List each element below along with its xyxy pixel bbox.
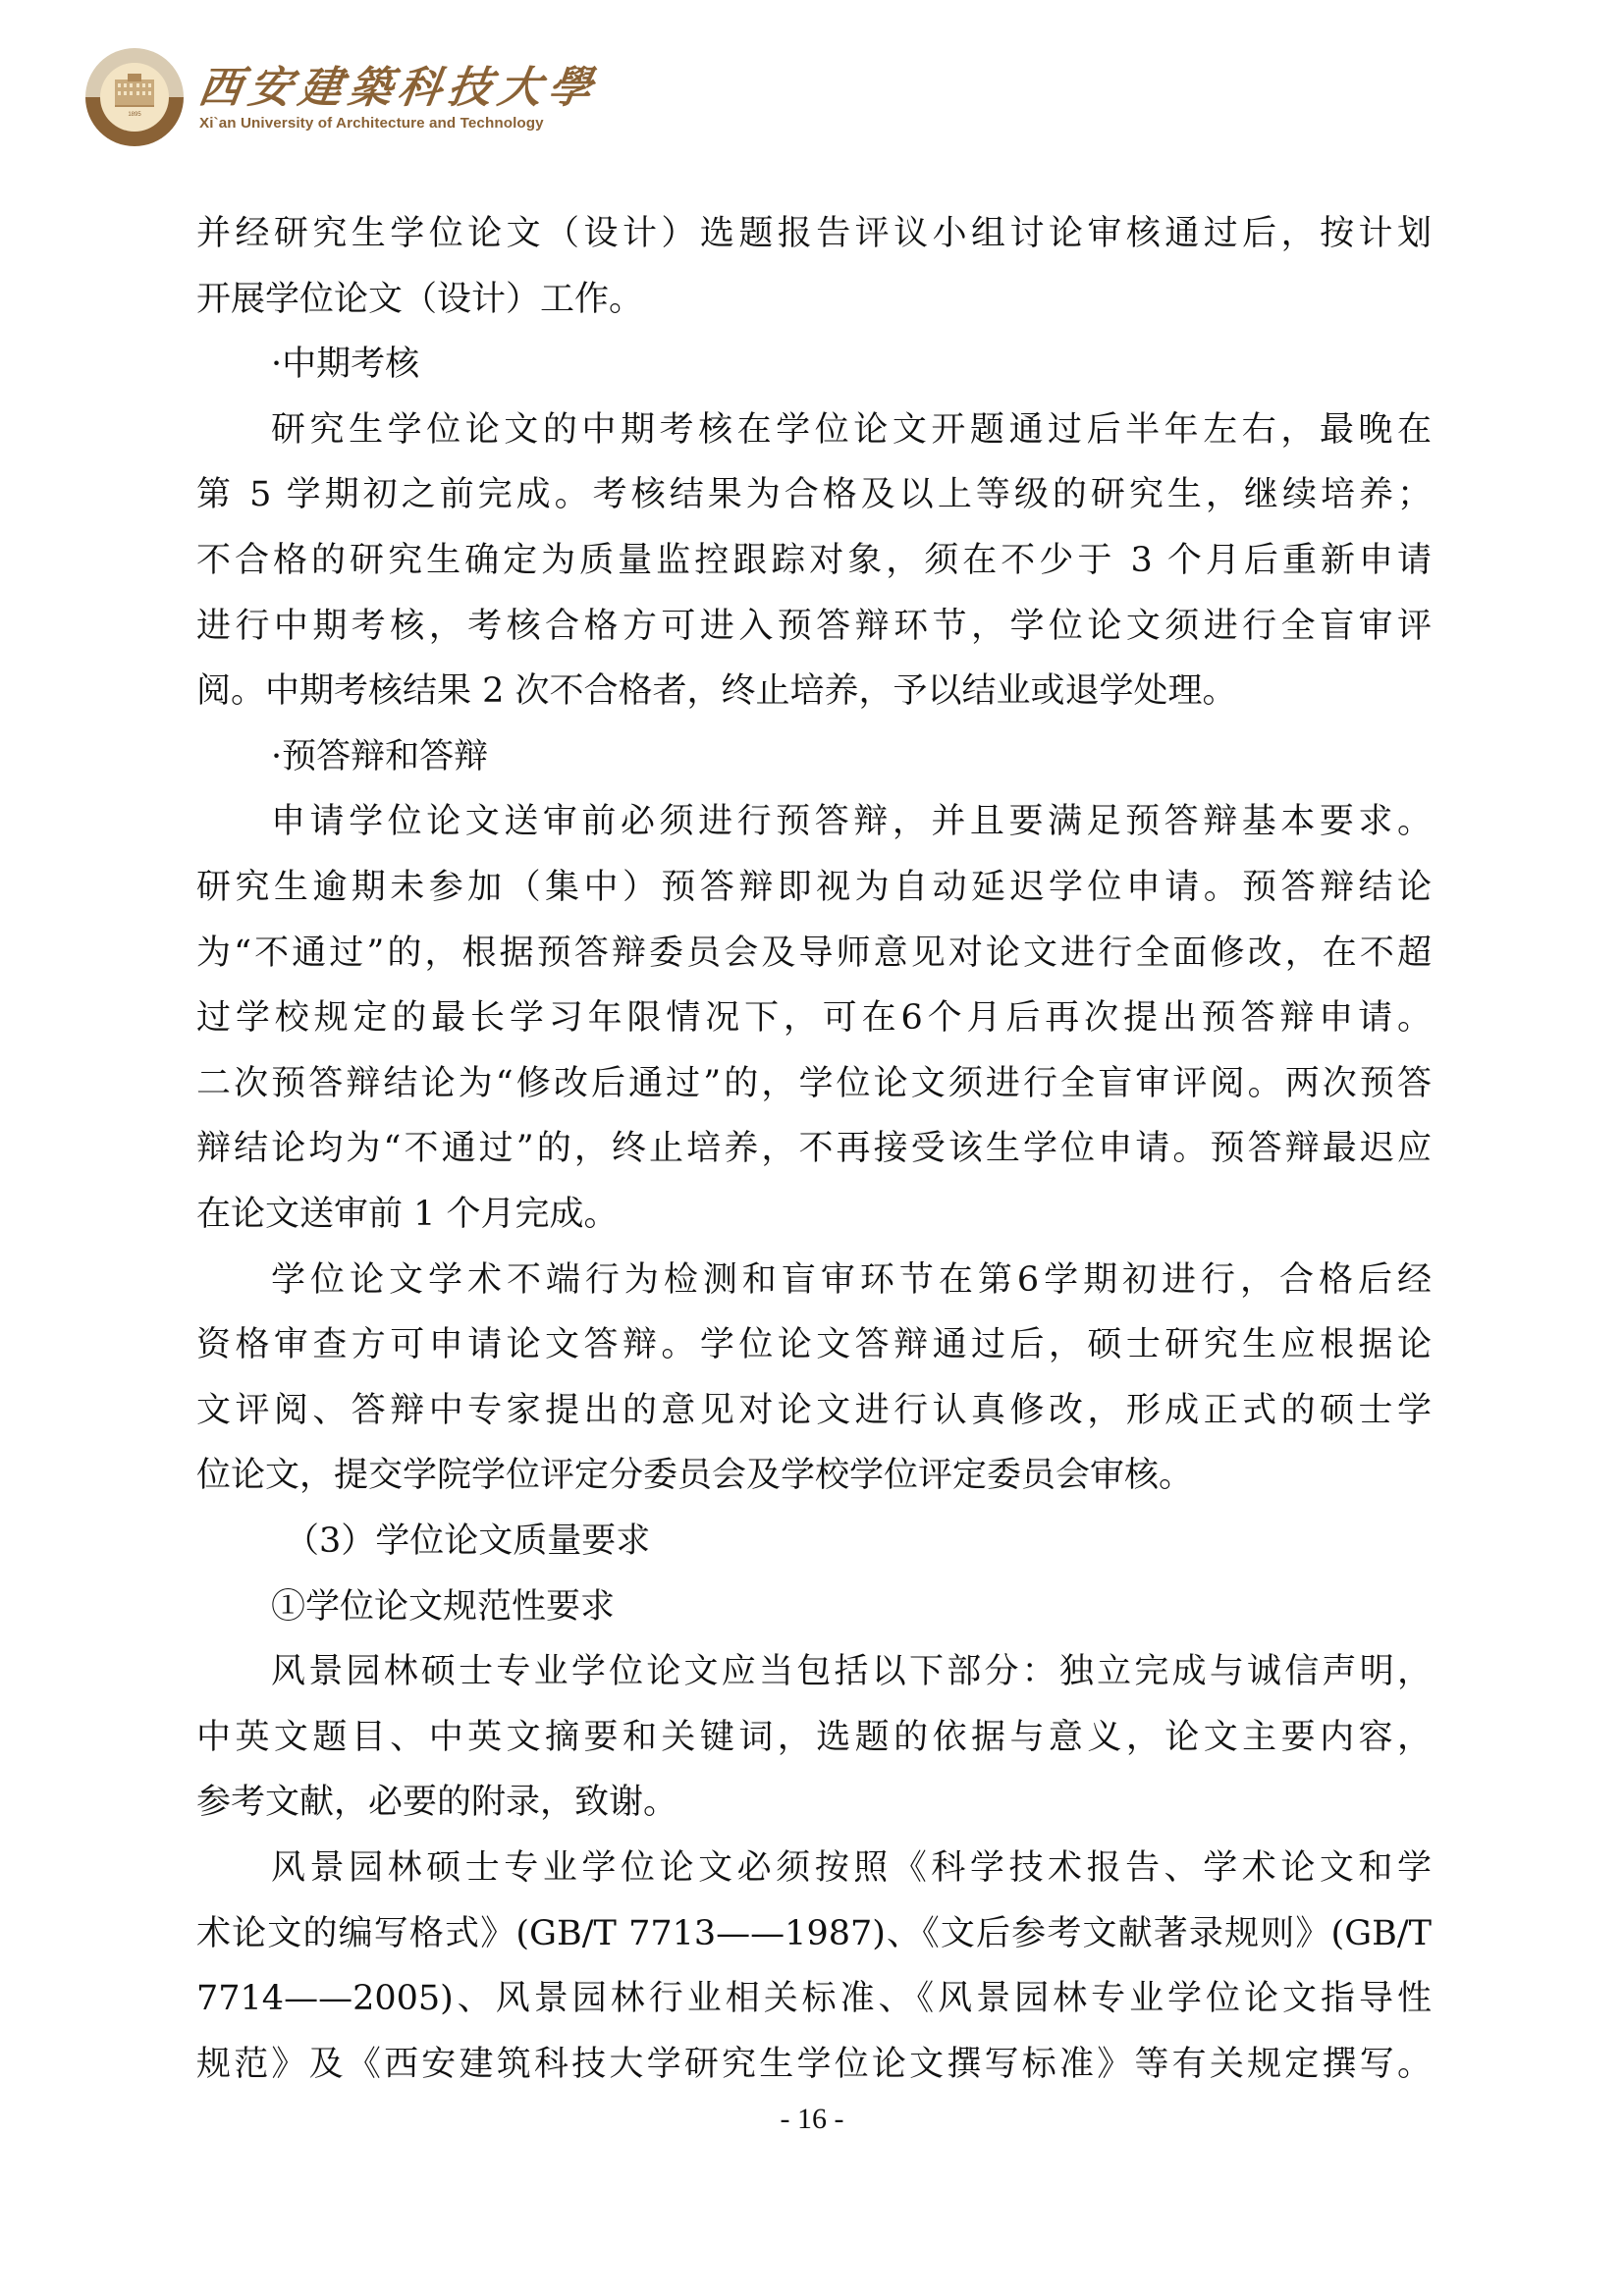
text-line: 研究生逾期未参加（集中）预答辩即视为自动延迟学位申请。预答辩结论 bbox=[196, 866, 1432, 909]
text-line: 研究生学位论文的中期考核在学位论文开题通过后半年左右，最晚在 bbox=[271, 408, 1432, 452]
text-line: 不合格的研究生确定为质量监控跟踪对象，须在不少于 3 个月后重新申请 bbox=[196, 539, 1432, 582]
brand-char: 西 bbox=[195, 52, 247, 115]
section-heading-normative: ①学位论文规范性要求 bbox=[271, 1585, 1432, 1629]
brand-char: 大 bbox=[495, 52, 547, 115]
text-line: 阅。中期考核结果 2 次不合格者，终止培养，予以结业或退学处理。 bbox=[196, 669, 1432, 713]
svg-text:1895: 1895 bbox=[128, 112, 141, 118]
text-line: 规范》及《西安建筑科技大学研究生学位论文撰写标准》等有关规定撰写。 bbox=[196, 2043, 1432, 2086]
text-line: 文评阅、答辩中专家提出的意见对论文进行认真修改，形成正式的硕士学 bbox=[196, 1389, 1432, 1432]
brand-char: 築 bbox=[345, 52, 397, 115]
university-name-chinese: 西 安 建 築 科 技 大 學 bbox=[199, 55, 592, 112]
page-number: - 16 - bbox=[0, 2103, 1624, 2136]
text-line: 风景园林硕士专业学位论文应当包括以下部分：独立完成与诚信声明， bbox=[271, 1650, 1432, 1693]
text-line: 过学校规定的最长学习年限情况下，可在6个月后再次提出预答辩申请。 bbox=[196, 996, 1432, 1040]
text-line: 并经研究生学位论文（设计）选题报告评议小组讨论审核通过后，按计划 bbox=[196, 212, 1432, 255]
section-heading-quality: （3）学位论文质量要求 bbox=[285, 1520, 1432, 1563]
section-heading-defense: ·预答辩和答辩 bbox=[271, 735, 1432, 778]
text-line: 术论文的编写格式》(GB/T 7713——1987)、《文后参考文献著录规则》(… bbox=[196, 1912, 1432, 1955]
text-line: 参考文献，必要的附录，致谢。 bbox=[196, 1781, 1432, 1824]
document-page: 1895 西 安 建 築 科 技 大 學 Xi`an University of… bbox=[0, 0, 1624, 2296]
text-line: 开展学位论文（设计）工作。 bbox=[196, 278, 1432, 321]
text-line: 资格审查方可申请论文答辩。学位论文答辩通过后，硕士研究生应根据论 bbox=[196, 1323, 1432, 1366]
text-line: 风景园林硕士专业学位论文必须按照《科学技术报告、学术论文和学 bbox=[271, 1846, 1432, 1890]
brand-char: 安 bbox=[244, 52, 297, 115]
university-emblem-logo: 1895 bbox=[84, 46, 185, 148]
text-line: 二次预答辩结论为“修改后通过”的，学位论文须进行全盲审评阅。两次预答 bbox=[196, 1062, 1432, 1105]
text-line: 在论文送审前 1 个月完成。 bbox=[196, 1193, 1432, 1236]
brand-char: 科 bbox=[395, 52, 447, 115]
brand-char: 學 bbox=[544, 52, 596, 115]
brand-char: 技 bbox=[445, 52, 497, 115]
text-line: 中英文题目、中英文摘要和关键词，选题的依据与意义，论文主要内容， bbox=[196, 1716, 1432, 1759]
text-line: 位论文，提交学院学位评定分委员会及学校学位评定委员会审核。 bbox=[196, 1454, 1432, 1497]
university-name-english: Xi`an University of Architecture and Tec… bbox=[199, 115, 592, 132]
section-heading-midterm: ·中期考核 bbox=[271, 343, 1432, 386]
brand-char: 建 bbox=[295, 52, 347, 115]
text-line: 辩结论均为“不通过”的，终止培养，不再接受该生学位申请。预答辩最迟应 bbox=[196, 1127, 1432, 1170]
text-line: 申请学位论文送审前必须进行预答辩，并且要满足预答辩基本要求。 bbox=[271, 800, 1432, 843]
text-line: 7714——2005)、风景园林行业相关标准、《风景园林专业学位论文指导性 bbox=[196, 1977, 1432, 2020]
text-line: 进行中期考核，考核合格方可进入预答辩环节，学位论文须进行全盲审评 bbox=[196, 605, 1432, 648]
text-line: 第 5 学期初之前完成。考核结果为合格及以上等级的研究生，继续培养； bbox=[196, 473, 1432, 516]
text-line: 学位论文学术不端行为检测和盲审环节在第6学期初进行，合格后经 bbox=[271, 1258, 1432, 1302]
text-line: 为“不通过”的，根据预答辩委员会及导师意见对论文进行全面修改，在不超 bbox=[196, 932, 1432, 975]
